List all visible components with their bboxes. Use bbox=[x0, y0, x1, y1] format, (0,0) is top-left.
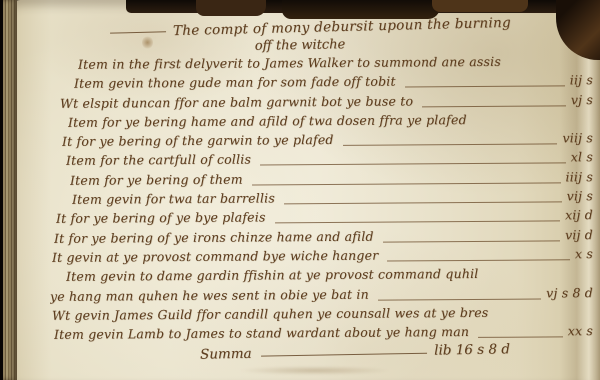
entry-text: It for ye bering of the garwin to ye pla… bbox=[62, 132, 334, 149]
entry-text: Item for ye bering of them bbox=[70, 171, 243, 187]
account-entries: Item in the first delyverit to James Wal… bbox=[40, 55, 593, 344]
entry-rule bbox=[275, 221, 561, 224]
entry-rule bbox=[383, 240, 560, 242]
entry-rule bbox=[478, 337, 563, 339]
entry-rule bbox=[378, 298, 541, 300]
entry-amount: vj s 8 d bbox=[546, 285, 593, 300]
entry-text: Item for ye bering hame and afild of twa… bbox=[68, 112, 467, 130]
entry-amount: xx s bbox=[568, 323, 593, 338]
entry-text: Wt elspit duncan ffor ane balm garwnit b… bbox=[60, 93, 413, 110]
entry-text: It for ye bering of ye bye plafeis bbox=[56, 210, 266, 226]
manuscript-text: The compt of mony debursit upoun the bur… bbox=[0, 0, 600, 380]
entry-amount: x s bbox=[575, 246, 593, 261]
heading-line-1: The compt of mony debursit upoun the bur… bbox=[110, 15, 490, 40]
entry-text: ye hang man quhen he wes sent in obie ye… bbox=[50, 286, 369, 303]
entry-text: It gevin at ye provost command bye wiche… bbox=[52, 248, 379, 265]
entry-text: Item for the cartfull of collis bbox=[66, 152, 251, 168]
entry-rule bbox=[387, 260, 570, 262]
entry-rule bbox=[284, 202, 562, 205]
entry-amount: xij d bbox=[565, 208, 593, 223]
entry-text: Item gevin for twa tar barrellis bbox=[72, 190, 275, 206]
entry-text: Wt gevin James Guild ffor candill quhen … bbox=[52, 305, 489, 323]
entry-text: Item gevin to dame gardin ffishin at ye … bbox=[66, 266, 479, 284]
entry-amount: vij s bbox=[567, 188, 593, 203]
entry-text: Item gevin Lamb to James to stand wardan… bbox=[54, 324, 469, 342]
manuscript-photo: The compt of mony debursit upoun the bur… bbox=[0, 0, 600, 380]
entry-amount: xl s bbox=[571, 150, 593, 165]
entry-rule bbox=[252, 182, 561, 185]
entry-text: Item in the first delyverit to James Wal… bbox=[78, 54, 501, 72]
summa-label: Summa bbox=[200, 346, 252, 363]
entry-amount: iij s bbox=[570, 72, 593, 87]
entry-rule bbox=[422, 105, 566, 107]
heading-flourish bbox=[110, 31, 166, 33]
heading-line-2: off the witche bbox=[180, 36, 420, 55]
entry-rule bbox=[343, 144, 558, 146]
entry-rule bbox=[260, 163, 566, 166]
entry-text: It for ye bering of ye irons chinze hame… bbox=[54, 228, 374, 245]
entry-text: Item gevin thone gude man for som fade o… bbox=[74, 74, 396, 91]
heading-text-1: The compt of mony debursit upoun the bur… bbox=[173, 15, 511, 39]
entry-line: Item gevin Lamb to James to stand wardan… bbox=[54, 323, 593, 346]
entry-amount: vij d bbox=[565, 227, 593, 242]
entry-amount: iiij s bbox=[565, 169, 593, 184]
entry-rule bbox=[405, 86, 565, 88]
entry-amount: viij s bbox=[562, 130, 593, 145]
summa-amount: lib 16 s 8 d bbox=[434, 341, 510, 358]
summa-rule bbox=[261, 353, 428, 357]
entry-amount: vj s bbox=[571, 92, 593, 107]
